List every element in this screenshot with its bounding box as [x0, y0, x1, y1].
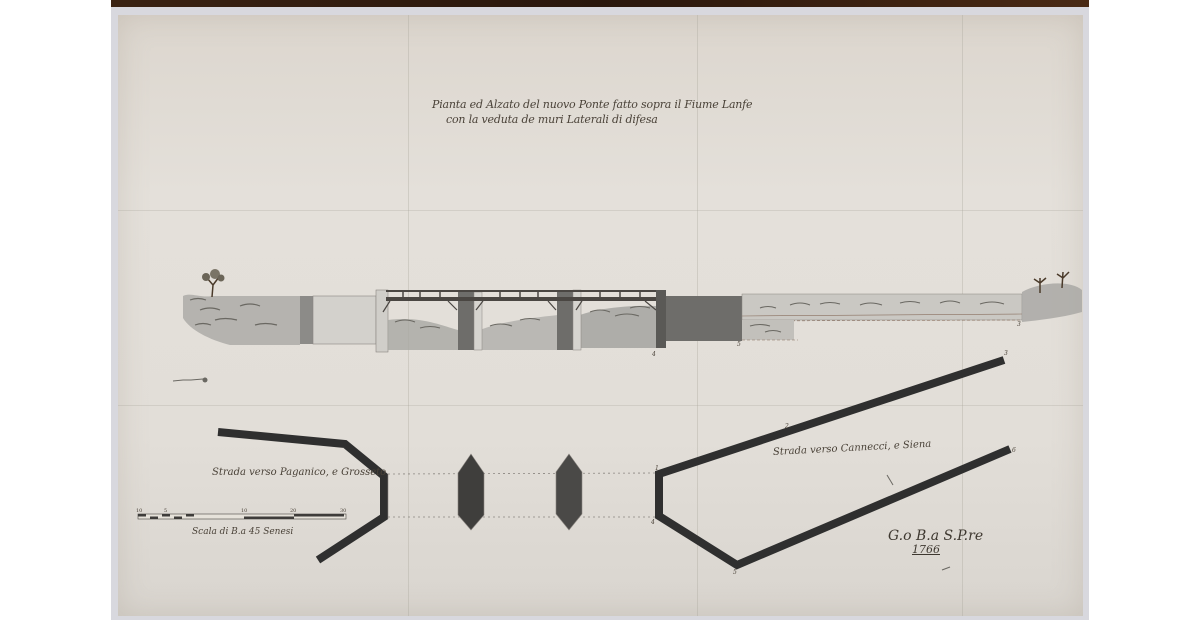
pier-plan-1: [458, 454, 484, 530]
scale-tick: 20: [290, 508, 296, 514]
point-marker: 3: [1004, 350, 1008, 357]
right-wing-wall: [666, 296, 742, 341]
point-marker: 2: [784, 423, 789, 430]
river-bank-line: [388, 473, 656, 474]
scale-tick: 10: [241, 508, 247, 514]
right-abutment: [656, 290, 666, 348]
left-bank: [183, 295, 376, 345]
scale-tick: 5: [164, 508, 167, 514]
document-title-line-1: Pianta ed Alzato del nuovo Ponte fatto s…: [432, 98, 752, 111]
date: 1766: [912, 543, 940, 556]
scale-tick: 10: [136, 508, 142, 514]
point-marker: 4: [650, 519, 655, 526]
point-marker: 1: [655, 465, 659, 472]
tree-left-icon: [202, 269, 225, 297]
point-marker: 5: [733, 569, 737, 576]
bridge-drawing: 4 5 3 3 2 1 4 5 6: [0, 0, 1200, 628]
compass-mark-icon: [173, 378, 208, 383]
point-marker: 5: [737, 341, 741, 348]
scale-tick: 30: [340, 508, 346, 514]
signature: G.o B.a S.P.re: [888, 528, 983, 544]
point-marker: 4: [651, 351, 656, 358]
scale-bar: 10 5 10 20 30: [136, 508, 346, 519]
right-bank: [742, 283, 1082, 340]
point-marker: 3: [1017, 321, 1021, 328]
point-marker: 6: [1012, 447, 1016, 454]
left-wing-wall-plan: [218, 432, 384, 560]
document-title-line-2: con la veduta de muri Laterali di difesa: [446, 113, 658, 126]
bridge-elevation: 4 5 3: [173, 269, 1082, 383]
road-label-left: Strada verso Paganico, e Grosseto: [212, 467, 386, 478]
scale-label: Scala di B.a 45 Senesi: [192, 527, 293, 537]
pier-plan-2: [556, 454, 582, 530]
